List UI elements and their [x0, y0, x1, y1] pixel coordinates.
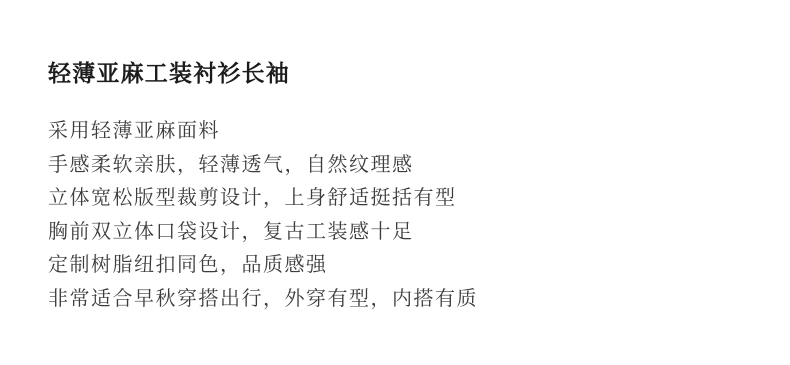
product-description-section: 轻薄亚麻工装衬衫长袖 采用轻薄亚麻面料 手感柔软亲肤，轻薄透气，自然纹理感 立体… [0, 0, 790, 316]
description-line-feel: 手感柔软亲肤，轻薄透气，自然纹理感 [48, 149, 750, 183]
description-line-fabric: 采用轻薄亚麻面料 [48, 115, 750, 149]
product-title: 轻薄亚麻工装衬衫长袖 [48, 58, 750, 88]
description-line-buttons: 定制树脂纽扣同色，品质感强 [48, 249, 750, 283]
description-line-fit: 立体宽松版型裁剪设计，上身舒适挺括有型 [48, 182, 750, 216]
product-description-lines: 采用轻薄亚麻面料 手感柔软亲肤，轻薄透气，自然纹理感 立体宽松版型裁剪设计，上身… [48, 115, 750, 316]
description-line-occasion: 非常适合早秋穿搭出行，外穿有型，内搭有质 [48, 283, 750, 317]
description-line-pockets: 胸前双立体口袋设计，复古工装感十足 [48, 216, 750, 250]
